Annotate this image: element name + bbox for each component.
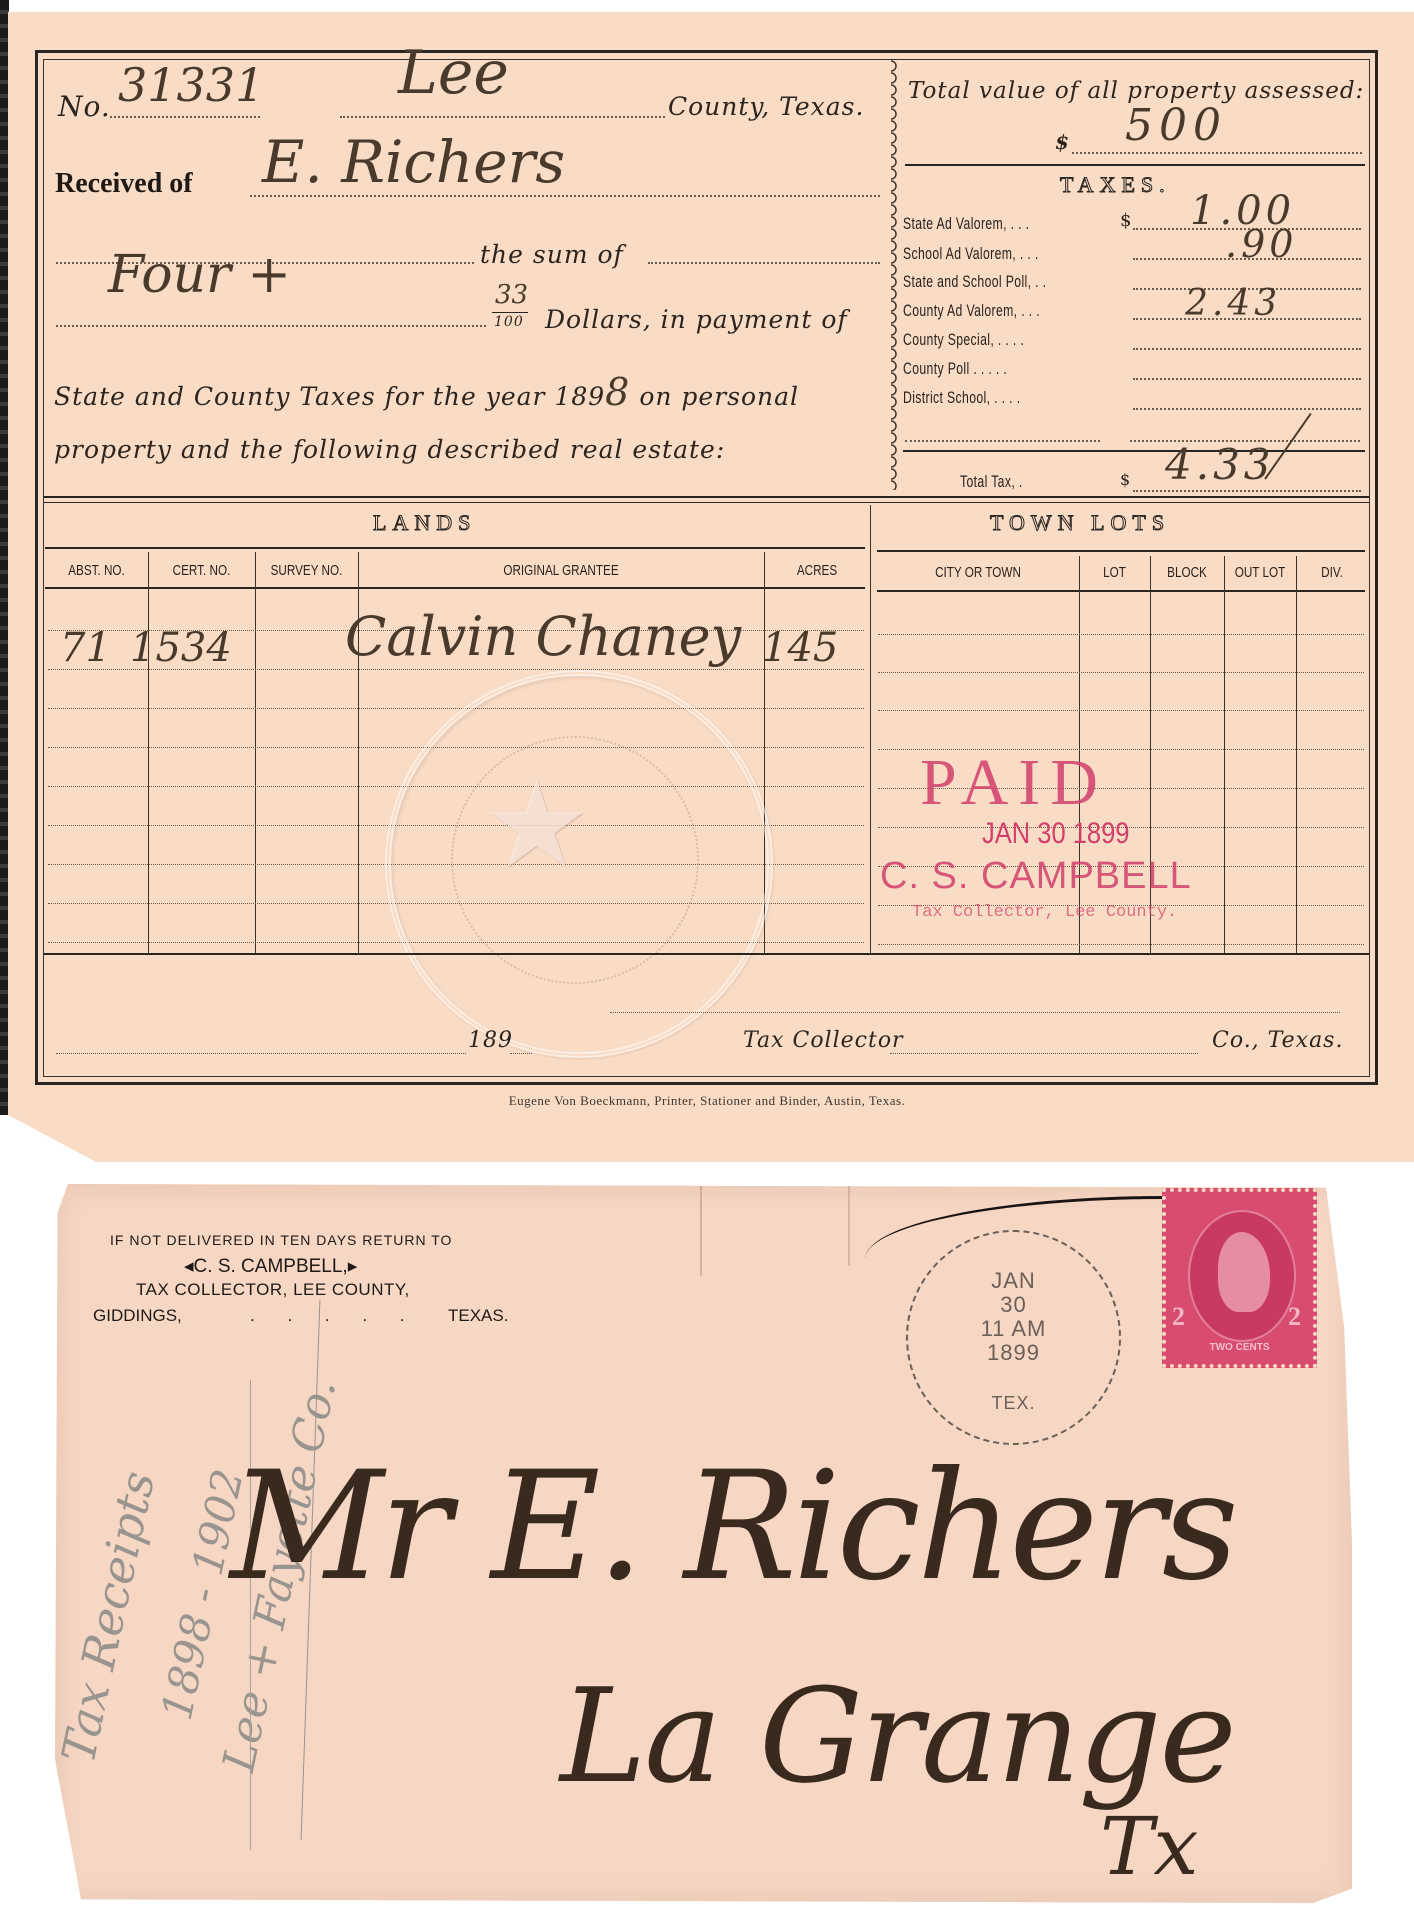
cents-denominator: 100 <box>494 314 524 330</box>
postage-stamp: 2 2 TWO CENTS <box>1162 1188 1317 1368</box>
assessment-divider <box>905 164 1365 166</box>
postmark-year: 1899 <box>908 1342 1119 1364</box>
row-line <box>878 672 1364 673</box>
total-divider <box>903 450 1365 452</box>
total-tax-line <box>1133 490 1361 492</box>
tax-year-prefix: State and County Taxes for the year 189 <box>54 382 605 411</box>
perforated-top-edge <box>8 6 1414 16</box>
county-value: Lee <box>398 38 509 108</box>
footer-county-suffix: Co., Texas. <box>1212 1028 1343 1053</box>
received-of-value: E. Richers <box>262 128 565 196</box>
tax-year-suffix: on personal <box>639 382 799 411</box>
stamp-denomination-left: 2 <box>1172 1302 1185 1332</box>
star-icon: ★ <box>483 756 591 895</box>
col-divider <box>1296 556 1297 955</box>
receipt-number-line <box>110 116 260 118</box>
col-lot: LOT <box>1087 564 1142 581</box>
col-divider <box>255 552 256 955</box>
grantee-value: Calvin Chaney <box>345 605 741 668</box>
amount-words: Four + <box>108 245 291 305</box>
assessment-value: 500 <box>1125 100 1227 151</box>
tax-row-line <box>1133 348 1361 350</box>
embossed-seal: ★ <box>385 670 773 1058</box>
row-line <box>878 944 1364 945</box>
col-block: BLOCK <box>1158 564 1216 581</box>
tax-row-line <box>1133 378 1361 380</box>
paid-collector-title: Tax Collector, Lee County. <box>912 903 1177 922</box>
tax-row-label: School Ad Valorem, . . . <box>903 244 1039 264</box>
county-suffix: County, Texas. <box>668 92 864 121</box>
tax-row-label: State Ad Valorem, . . . <box>903 214 1029 234</box>
date-line <box>56 1053 466 1054</box>
stamp-caption: TWO CENTS <box>1166 1342 1313 1353</box>
lands-divider-top-2 <box>43 502 1370 503</box>
lands-townlots-divider <box>870 505 871 955</box>
return-line-1: IF NOT DELIVERED IN TEN DAYS RETURN TO <box>110 1232 452 1248</box>
table-bottom-line <box>43 953 1370 955</box>
assessment-line <box>1072 152 1362 154</box>
return-state: TEXAS. <box>448 1306 508 1326</box>
col-original-grantee: ORIGINAL GRANTEE <box>403 562 720 579</box>
col-abst-no: ABST. NO. <box>56 562 136 579</box>
town-lots-header-top <box>877 550 1365 552</box>
lands-header-top <box>45 547 865 549</box>
row-line <box>878 634 1364 635</box>
cert-no-value: 1534 <box>130 625 232 671</box>
col-div: DIV. <box>1304 564 1360 581</box>
tax-collector-label: Tax Collector <box>743 1028 904 1053</box>
tax-row-label: District School, . . . . <box>903 388 1020 408</box>
tax-row-value: 2.43 <box>1185 283 1281 324</box>
town-lots-title: TOWN LOTS <box>990 510 1170 536</box>
col-acres: ACRES <box>776 562 859 579</box>
sum-line-right <box>648 262 880 264</box>
cents-numerator: 33 <box>495 280 528 310</box>
lands-title: LANDS <box>373 510 476 536</box>
tax-year-digit: 8 <box>605 370 630 414</box>
total-tax-label: Total Tax, . <box>960 472 1023 492</box>
lands-header-bottom <box>45 587 865 589</box>
postmark: JAN 30 11 AM 1899 TEX. <box>906 1230 1121 1445</box>
paid-date: JAN 30 1899 <box>982 817 1129 851</box>
tax-year-text: State and County Taxes for the year 1898… <box>54 370 799 414</box>
envelope-crease <box>700 1186 702 1276</box>
col-out-lot: OUT LOT <box>1232 564 1288 581</box>
col-survey-no: SURVEY NO. <box>266 562 346 579</box>
amount-line <box>56 325 486 327</box>
tax-row-label: County Ad Valorem, . . . <box>903 301 1040 321</box>
col-divider <box>1224 556 1225 955</box>
tax-row-currency: $ <box>1120 210 1131 231</box>
tax-blank-line <box>905 440 1100 442</box>
addressee-state: Tx <box>1100 1800 1198 1893</box>
county-line <box>340 116 665 118</box>
tax-row-line <box>1133 408 1361 410</box>
return-name: C. S. CAMPBELL, <box>194 1256 348 1277</box>
col-city-or-town: CITY OR TOWN <box>899 564 1057 581</box>
taxes-title: TAXES. <box>1060 172 1171 198</box>
fraction-bar <box>492 312 528 313</box>
total-tax-value: 4.33 <box>1165 440 1275 489</box>
section-divider-wavy <box>891 60 899 490</box>
abst-no-value: 71 <box>60 625 111 671</box>
dollars-text: Dollars, in payment of <box>545 305 848 334</box>
washington-portrait-icon <box>1218 1232 1270 1312</box>
printer-line: Eugene Von Boeckmann, Printer, Stationer… <box>0 1093 1414 1109</box>
postmark-day: 30 <box>908 1294 1119 1316</box>
row-line <box>48 708 864 709</box>
property-line: property and the following described rea… <box>54 435 725 464</box>
receipt-number-label: No. <box>58 90 111 123</box>
receipt-number-value: 31331 <box>118 58 264 112</box>
addressee-city: La Grange <box>560 1660 1235 1812</box>
sum-of-label: the sum of <box>480 240 624 269</box>
postmark-time: 11 AM <box>908 1318 1119 1340</box>
town-lots-header-bottom <box>877 590 1365 592</box>
assessment-currency: $ <box>1055 130 1070 154</box>
tax-row-value: .90 <box>1225 222 1297 266</box>
tax-row-label: State and School Poll, . . <box>903 272 1046 292</box>
col-cert-no: CERT. NO. <box>160 562 243 579</box>
total-tax-currency: $ <box>1120 470 1130 489</box>
date-year-line <box>510 1053 532 1054</box>
envelope-crease <box>848 1186 850 1266</box>
postmark-state: TEX. <box>908 1392 1119 1414</box>
lands-divider-top <box>43 496 1370 498</box>
tax-collector-line <box>890 1053 1198 1054</box>
return-line-2: ◂C. S. CAMPBELL,▸ <box>184 1255 357 1278</box>
date-year-prefix: 189 <box>468 1028 513 1053</box>
col-divider <box>148 552 149 955</box>
perforated-edge <box>0 0 9 1115</box>
signature-line <box>610 1012 1340 1013</box>
stamp-denomination-right: 2 <box>1288 1302 1301 1332</box>
return-line-3: TAX COLLECTOR, LEE COUNTY, <box>136 1280 410 1300</box>
received-of-label: Received of <box>55 168 193 200</box>
acres-value: 145 <box>762 625 838 671</box>
return-dots: . . . . . <box>250 1306 419 1326</box>
paid-collector-name: C. S. CAMPBELL <box>880 855 1192 898</box>
return-city: GIDDINGS, <box>93 1306 182 1326</box>
tax-row-label: County Special, . . . . <box>903 330 1024 350</box>
stamp-portrait-frame <box>1188 1210 1296 1342</box>
row-line <box>878 710 1364 711</box>
addressee-name: Mr E. Richers <box>230 1440 1235 1614</box>
tax-row-label: County Poll . . . . . <box>903 359 1007 379</box>
postmark-month: JAN <box>908 1270 1119 1292</box>
paid-word: PAID <box>920 745 1108 821</box>
